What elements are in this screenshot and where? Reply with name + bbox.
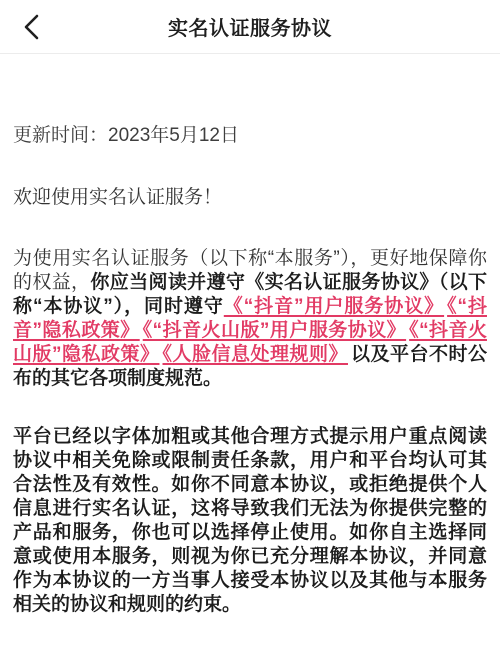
navbar: 实名认证服务协议 xyxy=(0,0,500,54)
page-title: 实名认证服务协议 xyxy=(168,12,332,41)
agreement-body: 更新时间：2023年5月12日 欢迎使用实名认证服务！ 为使用实名认证服务（以下… xyxy=(0,124,500,617)
chevron-left-icon xyxy=(21,14,43,40)
back-button[interactable] xyxy=(12,7,52,47)
agreement-screen: 实名认证服务协议 更新时间：2023年5月12日 欢迎使用实名认证服务！ 为使用… xyxy=(0,0,500,646)
paragraph-notice: 平台已经以字体加粗或其他合理方式提示用户重点阅读协议中相关免除或限制责任条款，用… xyxy=(13,425,487,617)
paragraph-intro: 为使用实名认证服务（以下称“本服务”），更好地保障你的权益，你应当阅读并遵守《实… xyxy=(13,247,487,391)
agreement-link[interactable]: 《人脸信息处理规则》 xyxy=(163,344,348,365)
update-time: 更新时间：2023年5月12日 xyxy=(13,124,487,148)
greeting-text: 欢迎使用实名认证服务！ xyxy=(13,186,487,210)
agreement-link[interactable]: 《“抖音”用户服务协议》 xyxy=(224,296,444,317)
agreement-link[interactable]: 《“抖音火山版”用户服务协议》 xyxy=(143,320,406,341)
